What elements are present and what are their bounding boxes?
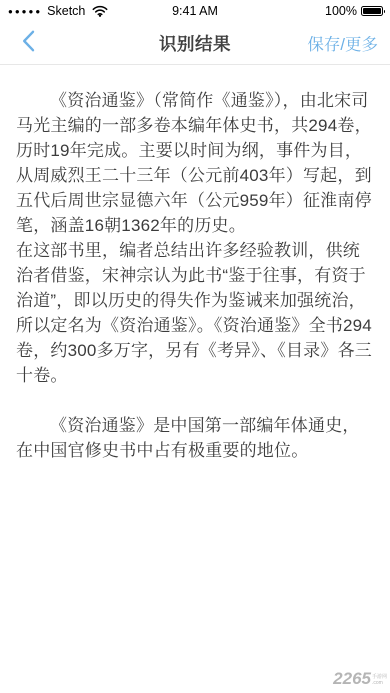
watermark-small-text: 手游网 .com <box>372 675 387 686</box>
battery-percent-label: 100% <box>325 4 357 18</box>
chevron-left-icon <box>22 30 35 57</box>
watermark: 2265 手游网 .com <box>333 672 387 686</box>
screen: ●●●●● Sketch 9:41 AM 100% <box>0 0 390 693</box>
status-right: 100% <box>325 4 383 18</box>
cellular-signal-icon: ●●●●● <box>8 7 42 16</box>
page-title: 识别结果 <box>159 31 231 56</box>
paragraph: 《资治通鉴》（常简作《通鉴》），由北宋司马光主编的一部多卷本编年体史书，共294… <box>16 88 374 238</box>
paragraph: 《资治通鉴》是中国第一部编年体通史，在中国官修史书中占有极重要的地位。 <box>16 413 374 463</box>
recognized-text-area: 《资治通鉴》（常简作《通鉴》），由北宋司马光主编的一部多卷本编年体史书，共294… <box>0 65 390 463</box>
wifi-icon <box>92 5 108 17</box>
nav-bar: 识别结果 保存/更多 <box>0 22 390 65</box>
back-button[interactable] <box>16 22 41 64</box>
status-left: ●●●●● Sketch <box>8 4 108 18</box>
watermark-domain: .com <box>372 681 383 687</box>
carrier-label: Sketch <box>47 4 85 18</box>
save-more-button[interactable]: 保存/更多 <box>307 31 378 55</box>
watermark-number: 2265 <box>333 672 371 686</box>
battery-icon <box>361 6 383 16</box>
status-bar: ●●●●● Sketch 9:41 AM 100% <box>0 0 390 22</box>
paragraph: 在这部书里，编者总结出许多经验教训，供统治者借鉴，宋神宗认为此书“鉴于往事，有资… <box>16 238 374 388</box>
